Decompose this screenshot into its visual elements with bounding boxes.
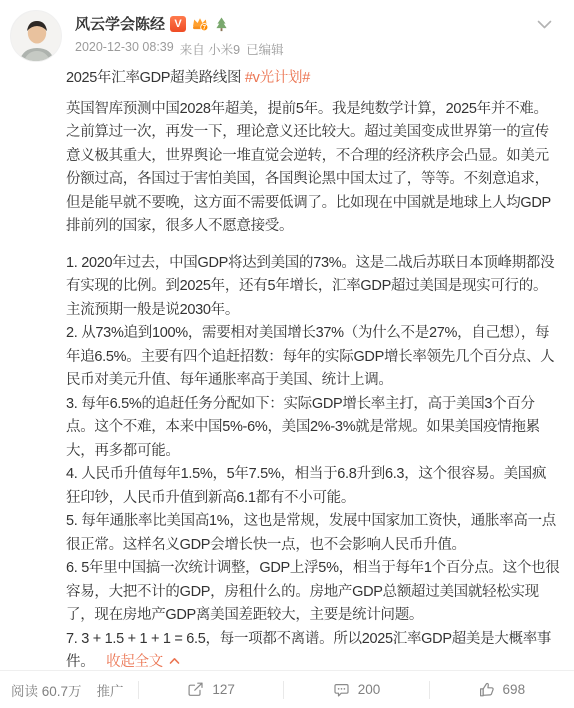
post-content: 2025年汇率GDP超美路线图 #v光计划# 英国智库预测中国2028年超美，提… bbox=[66, 67, 560, 675]
repost-button[interactable]: 127 bbox=[139, 671, 283, 708]
post-paragraph: 4. 人民币升值每年1.5%，5年7.5%，相当于6.8升到6.3，这个很容易。… bbox=[66, 463, 560, 510]
hashtag-link[interactable]: #v光计划# bbox=[245, 70, 310, 86]
post-action-bar: 阅读 60.7万 推广 127 200 bbox=[0, 670, 574, 708]
collapse-full-text-link[interactable]: 收起全文 bbox=[106, 654, 180, 670]
tree-badge-icon bbox=[214, 16, 229, 32]
post-time: 2020-12-30 08:39 bbox=[75, 40, 174, 58]
footer-left: 阅读 60.7万 推广 bbox=[0, 680, 138, 700]
collapse-label: 收起全文 bbox=[106, 654, 163, 670]
header-main: 风云学会陈经 V 7 20 bbox=[75, 10, 562, 62]
name-row: 风云学会陈经 V 7 bbox=[75, 13, 562, 34]
read-count: 阅读 60.7万 bbox=[11, 680, 82, 700]
post-paragraph: 2. 从73%追到100%，需要相对美国增长37%（为什么不是27%，自己想），… bbox=[66, 322, 560, 393]
post-header: 风云学会陈经 V 7 20 bbox=[10, 10, 562, 62]
post-body: 1. 2020年过去，中国GDP将达到美国的73%。这是二战后苏联日本顶峰期都没… bbox=[66, 252, 560, 628]
post-paragraph: 1. 2020年过去，中国GDP将达到美国的73%。这是二战后苏联日本顶峰期都没… bbox=[66, 252, 560, 323]
comment-count: 200 bbox=[358, 682, 381, 697]
weibo-post-card: 风云学会陈经 V 7 20 bbox=[0, 0, 574, 708]
post-menu-button[interactable] bbox=[533, 12, 556, 38]
post-edited-flag: 已编辑 bbox=[246, 40, 284, 58]
post-title: 2025年汇率GDP超美路线图 #v光计划# bbox=[66, 67, 560, 91]
repost-icon bbox=[187, 682, 204, 698]
post-source-device[interactable]: 来自 小米9 bbox=[180, 40, 240, 58]
post-paragraph: 7. 3 + 1.5 + 1 + 1 = 6.5，每一项都不离谱。所以2025汇… bbox=[66, 628, 560, 675]
comment-button[interactable]: 200 bbox=[284, 671, 428, 708]
thumbs-up-icon bbox=[479, 682, 495, 698]
comment-icon bbox=[333, 682, 350, 698]
promote-button[interactable]: 推广 bbox=[97, 680, 124, 700]
like-button[interactable]: 698 bbox=[430, 671, 574, 708]
chevron-down-icon bbox=[537, 20, 552, 29]
like-count: 698 bbox=[503, 682, 526, 697]
repost-count: 127 bbox=[212, 682, 235, 697]
post-paragraph: 6. 5年里中国搞一次统计调整，GDP上浮5%，相当于每年1个百分点。这个也很容… bbox=[66, 557, 560, 628]
post-intro-paragraph: 英国智库预测中国2028年超美，提前5年。我是纯数学计算，2025年并不难。之前… bbox=[66, 98, 560, 239]
post-title-text: 2025年汇率GDP超美路线图 bbox=[66, 70, 241, 86]
chevron-up-icon bbox=[169, 657, 180, 665]
vip-crown-icon: 7 bbox=[191, 16, 209, 32]
username[interactable]: 风云学会陈经 bbox=[75, 13, 165, 34]
post-paragraph: 5. 每年通胀率比美国高1%，这也是常规，发展中国家加工资快，通胀率高一点很正常… bbox=[66, 510, 560, 557]
post-meta: 2020-12-30 08:39 来自 小米9 已编辑 bbox=[75, 40, 562, 58]
verified-v-icon: V bbox=[170, 16, 186, 32]
avatar-image bbox=[11, 11, 62, 62]
avatar[interactable] bbox=[10, 10, 62, 62]
post-paragraph: 3. 每年6.5%的追赶任务分配如下：实际GDP增长率主打，高于美国3个百分点。… bbox=[66, 393, 560, 464]
